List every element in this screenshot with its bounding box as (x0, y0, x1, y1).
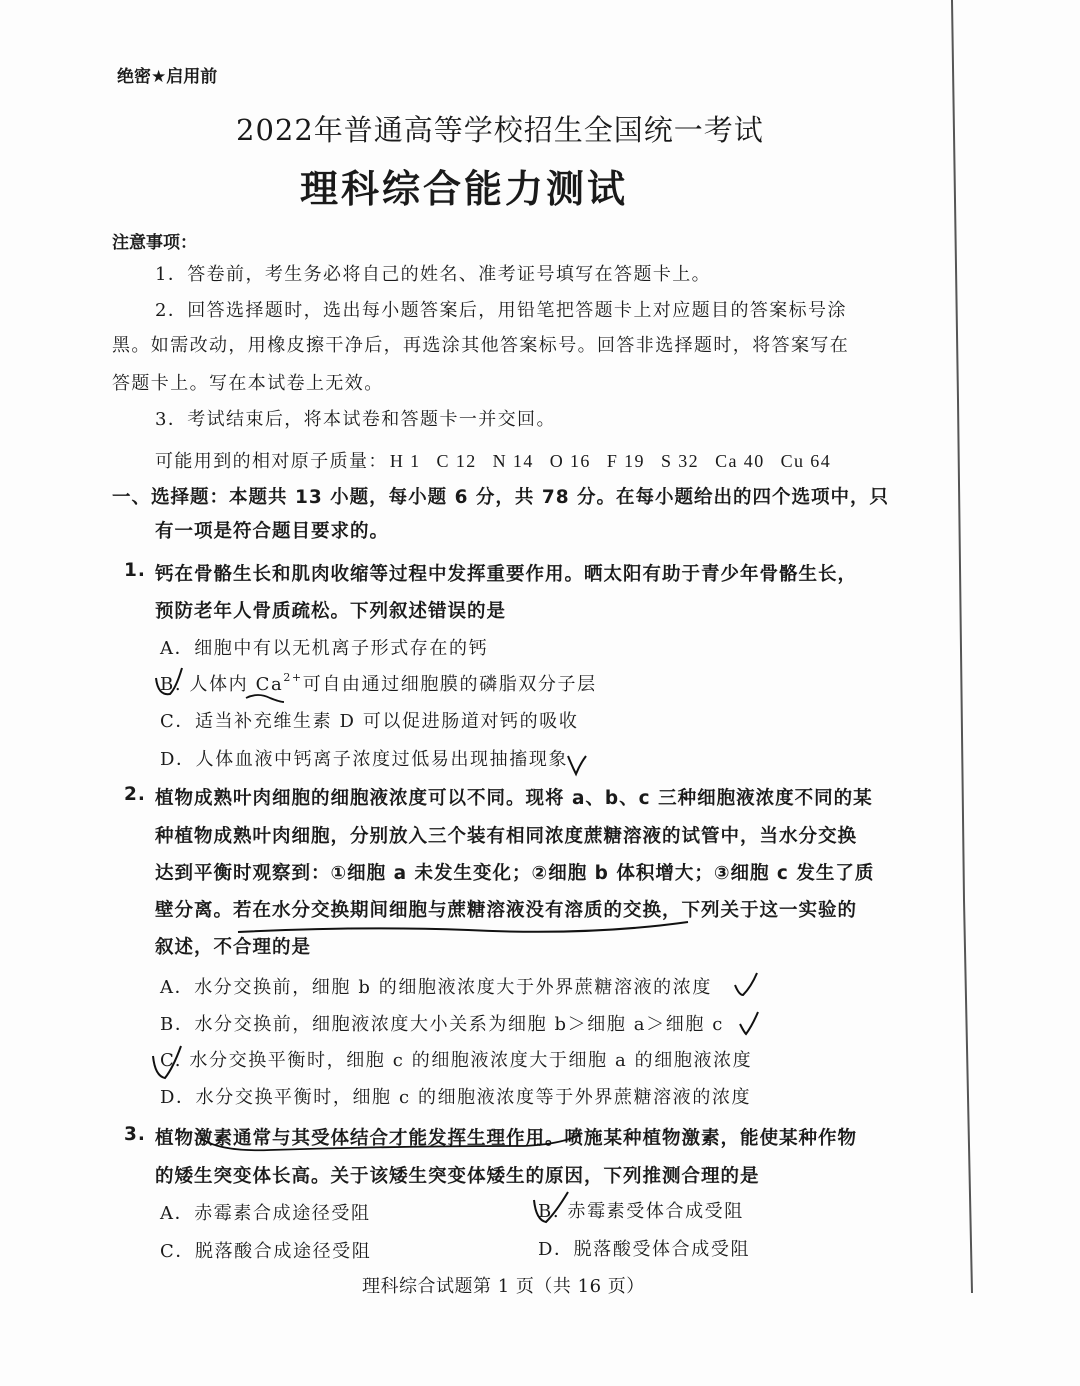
question-stem-line: 钙在骨骼生长和肌肉收缩等过程中发挥重要作用。晒太阳有助于青少年骨骼生长， (155, 560, 857, 586)
option-b: B. 赤霉素受体合成受阻 (538, 1197, 744, 1223)
question-stem-line: 植物激素通常与其受体结合才能发挥生理作用。喷施某种植物激素，能使某种作物 (155, 1124, 857, 1150)
question-stem-line: 的矮生突变体长高。关于该矮生突变体矮生的原因，下列推测合理的是 (155, 1162, 760, 1188)
checkmark-icon (735, 973, 757, 995)
question-number: 1. (124, 560, 146, 581)
option-d: D．脱落酸受体合成受阻 (538, 1235, 750, 1261)
atomic-mass-f: F 19 (607, 451, 645, 472)
option-c: C．适当补充维生素 D 可以促进肠道对钙的吸收 (160, 707, 578, 733)
atomic-mass-o: O 16 (550, 451, 591, 472)
notice-item-2-cont: 黑。如需改动，用橡皮擦干净后，再选涂其他答案标号。回答非选择题时，将答案写在 (112, 331, 849, 357)
notice-item-3: 3．考试结束后，将本试卷和答题卡一并交回。 (155, 405, 556, 431)
option-c: C. 水分交换平衡时，细胞 c 的细胞液浓度大于细胞 a 的细胞液浓度 (160, 1046, 752, 1072)
option-c: C．脱落酸合成途径受阻 (160, 1237, 371, 1263)
option-d: D．人体血液中钙离子浓度过低易出现抽搐现象 (160, 745, 568, 771)
option-a: A．细胞中有以无机离子形式存在的钙 (160, 634, 488, 660)
question-stem-line: 壁分离。若在水分交换期间细胞与蔗糖溶液没有溶质的交换，下列关于这一实验的 (155, 896, 857, 922)
option-a: A．水分交换前，细胞 b 的细胞液浓度大于外界蔗糖溶液的浓度 (160, 973, 712, 999)
atomic-mass-cu: Cu 64 (781, 451, 832, 472)
underline-mark (238, 922, 688, 932)
question-stem-line: 预防老年人骨质疏松。下列叙述错误的是 (155, 597, 506, 623)
question-stem-line: 植物成熟叶肉细胞的细胞液浓度可以不同。现将 a、b、c 三种细胞液浓度不同的某 (155, 784, 873, 810)
option-a: A．赤霉素合成途径受阻 (160, 1199, 371, 1225)
notice-item-2-cont2: 答题卡上。写在本试卷上无效。 (112, 369, 384, 395)
atomic-mass-s: S 32 (661, 451, 699, 472)
atomic-mass-ca: Ca 40 (715, 451, 765, 472)
question-stem-line: 叙述，不合理的是 (155, 933, 311, 959)
question-stem-line: 达到平衡时观察到：①细胞 a 未发生变化；②细胞 b 体积增大；③细胞 c 发生… (155, 859, 874, 885)
section-instruction-line2: 有一项是符合题目要求的。 (155, 517, 389, 543)
checkmark-icon (740, 1012, 758, 1034)
notice-item-2: 2．回答选择题时，选出每小题答案后，用铅笔把答题卡上对应题目的答案标号涂 (155, 296, 847, 322)
notice-heading: 注意事项： (112, 228, 197, 253)
atomic-mass-h: H 1 (390, 451, 421, 472)
checkmark-icon (568, 756, 586, 774)
atomic-mass-c: C 12 (437, 451, 477, 472)
confidentiality-label: 绝密★启用前 (117, 62, 217, 87)
question-number: 2. (124, 784, 146, 805)
atomic-masses-label: 可能用到的相对原子质量： (155, 451, 388, 472)
question-number: 3. (124, 1124, 146, 1145)
question-stem-line: 种植物成熟叶肉细胞，分别放入三个装有相同浓度蔗糖溶液的试管中，当水分交换 (155, 822, 857, 848)
subject-title: 理科综合能力测试 (300, 158, 628, 213)
notice-item-1: 1．答卷前，考生务必将自己的姓名、准考证号填写在答题卡上。 (155, 260, 711, 286)
atomic-masses: 可能用到的相对原子质量：H 1C 12N 14O 16F 19S 32Ca 40… (155, 447, 831, 473)
section-instruction-line1: 一、选择题：本题共 13 小题，每小题 6 分，共 78 分。在每小题给出的四个… (112, 483, 889, 509)
exam-page: 绝密★启用前 2022年普通高等学校招生全国统一考试 理科综合能力测试 注意事项… (0, 0, 1080, 1386)
option-b: B. 人体内 Ca2+可自由通过细胞膜的磷脂双分子层 (160, 670, 597, 696)
page-footer: 理科综合试题第 1 页（共 16 页） (362, 1272, 645, 1298)
underline-mark (246, 695, 284, 702)
option-d: D．水分交换平衡时，细胞 c 的细胞液浓度等于外界蔗糖溶液的浓度 (160, 1083, 751, 1109)
atomic-mass-n: N 14 (493, 451, 534, 472)
option-b: B．水分交换前，细胞液浓度大小关系为细胞 b＞细胞 a＞细胞 c (160, 1010, 724, 1036)
exam-title: 2022年普通高等学校招生全国统一考试 (236, 108, 764, 149)
